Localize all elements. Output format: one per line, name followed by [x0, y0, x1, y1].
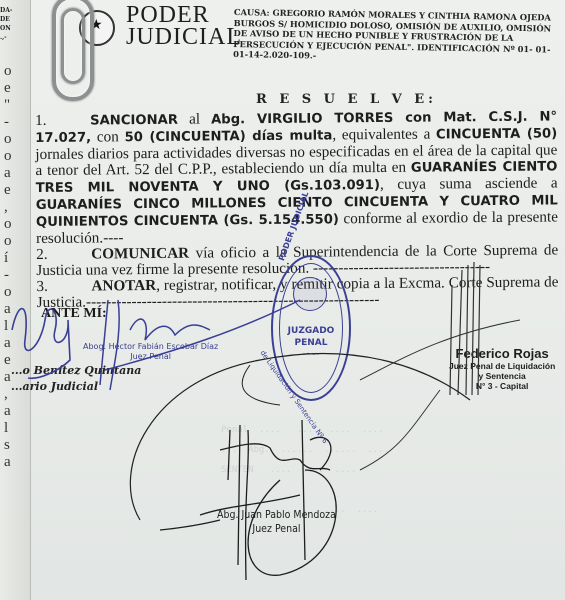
underlying-page-letter: o: [4, 62, 28, 80]
judge-rojas-name: Federico Rojas: [449, 347, 555, 361]
judge-mendoza-title: Juez Penal: [217, 522, 336, 536]
paperclip-inner-loop: [61, 8, 85, 84]
judge-rojas-signature-block: Federico Rojas Juez Penal de Liquidación…: [449, 347, 555, 391]
underlying-page-letter: o: [4, 283, 28, 301]
underlying-page-letter: -: [4, 266, 28, 284]
court-stamp: PODER JUDICIAL JUZGADO PENAL ∽∽ de Liqui…: [271, 255, 351, 401]
underlying-page-letter: a: [4, 402, 28, 420]
secretary-signature-block: ...o Benítez Quintana ...ario Judicial: [11, 363, 141, 395]
underlying-page-letter: o: [4, 232, 28, 250]
underlying-page-letter: e: [4, 79, 28, 97]
case-caption: CAUSA: GREGORIO RAMÓN MORALES Y CINTHIA …: [233, 7, 564, 65]
document-page: ★ PODER JUDICIAL CAUSA: GREGORIO RAMÓN M…: [31, 0, 565, 600]
underlying-page-letter: a: [4, 164, 28, 182]
judge-escobar-signature-block: Abog. Héctor Fabián Escobar Díaz Juez Pe…: [83, 342, 218, 362]
resolution-heading: R E S U E L V E:: [256, 92, 437, 107]
secretary-name: ...o Benítez Quintana: [11, 363, 141, 379]
underlying-page-letter: e: [4, 181, 28, 199]
item-verb: SANCIONAR: [90, 113, 178, 129]
underlying-page-letter: ,: [4, 198, 28, 216]
underlying-page-edge: DA- DE ON .,- oe"-ooae,ooí-oalaea,alsa: [0, 0, 31, 600]
underlying-page-letter: s: [4, 436, 28, 454]
judge-escobar-title: Juez Penal: [83, 352, 218, 362]
underlying-page-letter: -: [4, 113, 28, 131]
item-verb: ANOTAR: [91, 277, 156, 295]
secretary-title: ...ario Judicial: [11, 379, 141, 395]
underlying-page-letter: a: [4, 334, 28, 352]
judge-mendoza-signature-block: Abg. Juan Pablo Mendoza Juez Penal: [217, 508, 336, 536]
underlying-page-letter: o: [4, 130, 28, 148]
underlying-page-letter: a: [4, 300, 28, 318]
underlying-page-letter: o: [4, 215, 28, 233]
stamp-flourish-icon: ∽∽: [273, 349, 349, 361]
underlying-page-letter: o: [4, 147, 28, 165]
underlying-page-letter: l: [4, 419, 28, 437]
logo-line-2: JUDICIAL: [126, 26, 242, 48]
underlying-page-letter: ": [4, 96, 28, 114]
judge-mendoza-name: Abg. Juan Pablo Mendoza: [217, 508, 336, 522]
stamp-title: JUZGADO PENAL ∽∽: [273, 325, 349, 361]
logo-line-1: PODER: [126, 4, 242, 26]
stamp-emblem-icon: [293, 277, 327, 311]
underlying-page-letter: l: [4, 317, 28, 335]
underlying-page-header-fragment: DA- DE ON .,-: [0, 6, 30, 42]
bleed-through-text: Penal .... .... .... .... ... Abg. .....…: [221, 400, 551, 520]
judge-escobar-name: Abog. Héctor Fabián Escobar Díaz: [83, 342, 218, 352]
institution-logo: PODER JUDICIAL: [126, 4, 242, 48]
underlying-page-letter: a: [4, 453, 28, 471]
ante-mi-label: ANTE MÍ:: [41, 306, 107, 322]
underlying-page-letter: í: [4, 249, 28, 267]
